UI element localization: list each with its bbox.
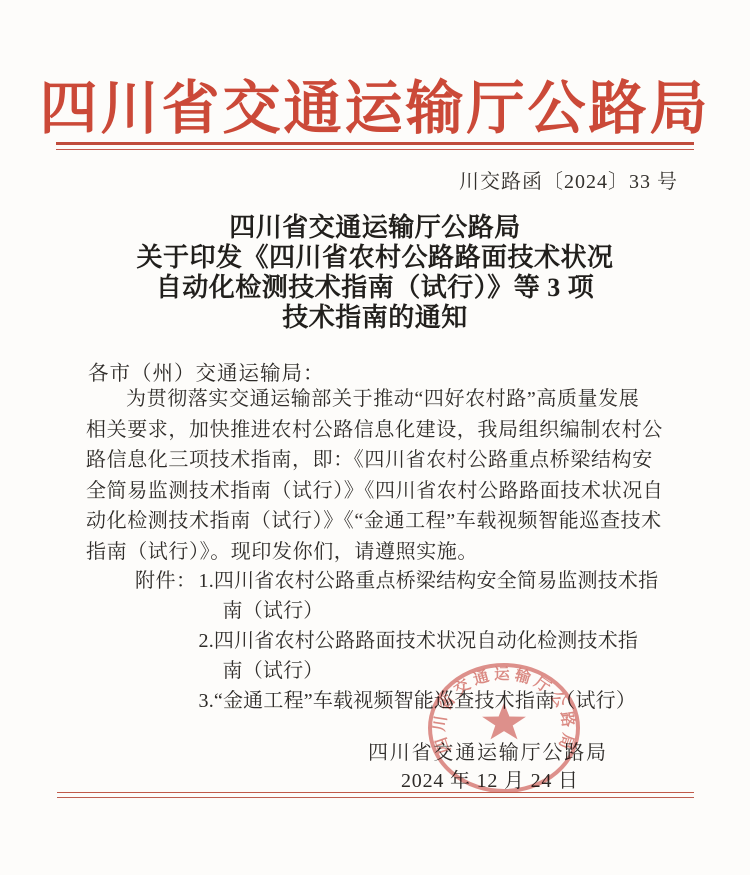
document-title: 四川省交通运输厅公路局 关于印发《四川省农村公路路面技术状况 自动化检测技术指南… (0, 213, 750, 333)
seal-star-icon (482, 703, 526, 740)
title-line-3: 自动化检测技术指南（试行）》等 3 项 (0, 273, 750, 303)
attachment-item: 1.四川省农村公路重点桥梁结构安全简易监测技术指 南（试行） (199, 566, 677, 626)
salutation: 各市（州）交通运输局： (88, 356, 325, 386)
attachments-block: 附件： 1.四川省农村公路重点桥梁结构安全简易监测技术指 南（试行） 2.四川省… (135, 566, 677, 716)
title-line-2: 关于印发《四川省农村公路路面技术状况 (0, 243, 750, 273)
document-number: 川交路函〔2024〕33 号 (459, 165, 678, 194)
official-seal: 四川省交通运输厅公路局 (425, 660, 583, 796)
agency-masthead: 四川省交通运输厅公路局 (0, 76, 750, 142)
document-page: 四川省交通运输厅公路局 川交路函〔2024〕33 号 四川省交通运输厅公路局 关… (0, 0, 750, 875)
body-paragraph: 为贯彻落实交通运输部关于推动“四好农村路”高质量发展 相关要求，加快推进农村公路… (86, 384, 696, 567)
title-line-1: 四川省交通运输厅公路局 (0, 213, 750, 243)
title-line-4: 技术指南的通知 (0, 303, 750, 333)
attachments-label: 附件： (135, 566, 197, 716)
footer-double-rule (57, 792, 694, 798)
masthead-double-rule (56, 142, 694, 150)
